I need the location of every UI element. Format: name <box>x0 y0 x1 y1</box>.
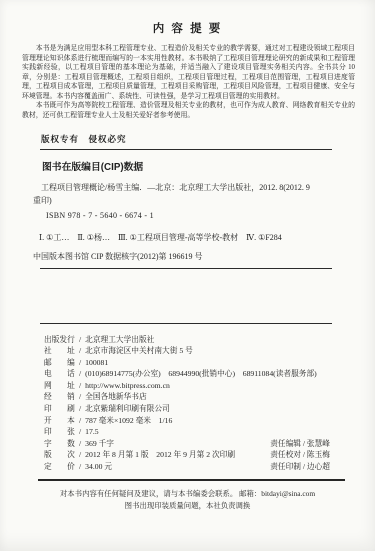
row-label: 电 话 <box>44 368 77 380</box>
row-value: (010)68914775(办公室) 68944990(批销中心) 689110… <box>85 368 317 380</box>
credit-editor: 责任编辑 / 张慧峰 <box>262 438 330 450</box>
row-separator: / <box>77 449 85 461</box>
row-separator: / <box>77 334 85 346</box>
row-label: 邮 编 <box>44 357 77 369</box>
row-label: 字 数 <box>44 438 77 450</box>
cip-data-block: 工程项目管理概论/杨雪主编．—北京：北京理工大学出版社，2012. 8(2012… <box>33 182 349 264</box>
blank-gap <box>0 269 375 319</box>
row-label: 版 次 <box>44 449 77 461</box>
row-label: 印 张 <box>44 426 77 438</box>
publication-info: 出版发行 / 北京理工大学出版社 社 址 / 北京市海淀区中关村南大街 5 号 … <box>44 334 330 473</box>
row-label: 定 价 <box>44 461 77 473</box>
row-label: 出版发行 <box>44 334 77 346</box>
credit-print-supervisor: 责任印制 / 边心超 <box>262 461 330 473</box>
row-value: 全国各地新华书店 <box>85 391 147 403</box>
row-value: http://www.bitpress.com.cn <box>85 380 170 392</box>
row-value: 100081 <box>85 357 108 369</box>
book-copyright-page: 内 容 提 要 本书是为满足应用型本科工程管理专业、工程造价及相关专业的教学需要… <box>0 0 375 551</box>
row-value: 369 千字 <box>85 438 114 450</box>
row-separator: / <box>77 368 85 380</box>
row-separator: / <box>77 380 85 392</box>
row-value: 787 毫米×1092 毫米 1/16 <box>85 415 172 427</box>
row-label: 经 销 <box>44 391 77 403</box>
colophon-row-printer: 印 刷 / 北京紫瑞利印刷有限公司 <box>44 403 330 415</box>
divider-footer <box>38 479 345 481</box>
copyright-notice: 版权专有 侵权必究 <box>41 133 375 145</box>
credit-proofreader: 责任校对 / 陈玉梅 <box>262 449 330 461</box>
divider-colophon-top <box>40 323 332 324</box>
colophon-row-edition: 版 次 / 2012 年 8 月第 1 版 2012 年 9 月第 2 次印刷 … <box>44 449 330 461</box>
row-separator: / <box>77 461 85 473</box>
row-separator: / <box>77 345 85 357</box>
row-separator: / <box>77 426 85 438</box>
row-label: 网 址 <box>44 380 77 392</box>
cip-record-number-line: 中国版本图书馆 CIP 数据核字(2012)第 196619 号 <box>33 251 349 264</box>
colophon-row-distribution: 经 销 / 全国各地新华书店 <box>44 391 330 403</box>
colophon-row-wordcount: 字 数 / 369 千字 责任编辑 / 张慧峰 <box>44 438 330 450</box>
row-separator: / <box>77 403 85 415</box>
row-value: 17.5 <box>85 426 98 438</box>
colophon-row-format: 开 本 / 787 毫米×1092 毫米 1/16 <box>44 415 330 427</box>
row-value: 北京紫瑞利印刷有限公司 <box>85 403 170 415</box>
footer-notes: 对本书内容有任何疑问及建议，请与本书编委会联系。 邮箱：bitdayi@sina… <box>0 488 375 513</box>
row-value: 北京理工大学出版社 <box>85 334 154 346</box>
row-value: 2012 年 8 月第 1 版 2012 年 9 月第 2 次印刷 <box>85 449 235 461</box>
colophon-row-price: 定 价 / 34.00 元 责任印制 / 边心超 <box>44 461 330 473</box>
cip-title-line-1: 工程项目管理概论/杨雪主编．—北京：北京理工大学出版社，2012. 8(2012… <box>33 182 349 195</box>
cip-header: 图书在版编目(CIP)数据 <box>42 159 375 173</box>
row-separator: / <box>77 391 85 403</box>
colophon-row-address: 社 址 / 北京市海淀区中关村南大街 5 号 <box>44 345 330 357</box>
row-separator: / <box>77 438 85 450</box>
cip-title-line-2: 重印) <box>33 195 349 208</box>
row-label: 开 本 <box>44 415 77 427</box>
content-summary-title: 内 容 提 要 <box>0 0 375 36</box>
divider-top <box>40 149 332 150</box>
row-value: 北京市海淀区中关村南大街 5 号 <box>85 345 193 357</box>
row-value: 34.00 元 <box>85 461 112 473</box>
row-separator: / <box>77 357 85 369</box>
row-label: 社 址 <box>44 345 77 357</box>
row-separator: / <box>77 415 85 427</box>
row-label: 印 刷 <box>44 403 77 415</box>
colophon-row-sheets: 印 张 / 17.5 <box>44 426 330 438</box>
summary-paragraph-1: 本书是为满足应用型本科工程管理专业、工程造价及相关专业的教学需要，通过对工程建设… <box>22 44 355 101</box>
content-summary: 本书是为满足应用型本科工程管理专业、工程造价及相关专业的教学需要，通过对工程建设… <box>22 44 355 120</box>
colophon-row-postcode: 邮 编 / 100081 <box>44 357 330 369</box>
colophon-row-phone: 电 话 / (010)68914775(办公室) 68944990(批销中心) … <box>44 368 330 380</box>
footer-contact-line: 对本书内容有任何疑问及建议，请与本书编委会联系。 邮箱：bitdayi@sina… <box>0 488 375 501</box>
isbn-line: ISBN 978 - 7 - 5640 - 6674 - 1 <box>46 210 349 223</box>
footer-quality-line: 图书出现印装质量问题，本社负责调换 <box>0 500 375 513</box>
cip-classification-line: Ⅰ. ①工… Ⅱ. ①杨… Ⅲ. ①工程项目管理-高等学校-教材 Ⅳ. ①F28… <box>39 232 349 245</box>
colophon-row-publisher: 出版发行 / 北京理工大学出版社 <box>44 334 330 346</box>
summary-paragraph-2: 本书既可作为高等院校工程管理、造价管理及相关专业的教材，也可作为成人教育、网络教… <box>22 101 355 120</box>
colophon-row-website: 网 址 / http://www.bitpress.com.cn <box>44 380 330 392</box>
